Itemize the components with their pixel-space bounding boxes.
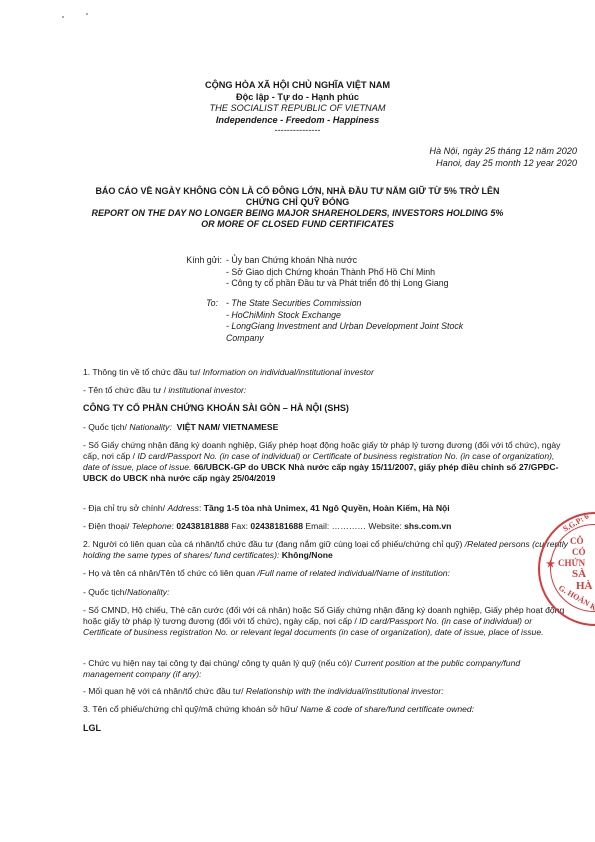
nation-vi: CỘNG HÒA XÃ HỘI CHỦ NGHĨA VIỆT NAM: [0, 80, 595, 92]
seal-line: CÓ: [572, 547, 586, 557]
recipient-item: - Ủy ban Chứng khoán Nhà nước: [226, 255, 449, 267]
scan-speck: [62, 16, 64, 18]
recipients-list-vi: - Ủy ban Chứng khoán Nhà nước - Sở Giao …: [226, 255, 449, 290]
recipient-item: - Công ty cổ phần Đầu tư và Phát triển đ…: [226, 278, 449, 290]
header-divider: ---------------: [0, 126, 595, 134]
related-fullname: - Họ và tên cá nhân/Tên tổ chức có liên …: [83, 568, 568, 579]
title-vi-line2: CHỨNG CHỈ QUỸ ĐÓNG: [20, 197, 575, 208]
seal-line: CÔ: [570, 536, 584, 546]
recipients-list-en: - The State Securities Commission - HoCh…: [226, 298, 463, 344]
seal-line: HÀ: [576, 581, 593, 591]
motto-vi: Độc lập - Tự do - Hạnh phúc: [0, 92, 595, 104]
scan-speck: [86, 13, 88, 15]
investor-name: CÔNG TY CỔ PHẦN CHỨNG KHOÁN SÀI GÒN – HÀ…: [83, 403, 568, 414]
investor-address: - Địa chỉ trụ sở chính/ Address: Tầng 1-…: [83, 503, 568, 514]
recipient-item: - Sở Giao dịch Chứng khoán Thành Phố Hồ …: [226, 267, 449, 279]
investor-nationality: - Quốc tịch/ Nationality: VIỆT NAM/ VIET…: [83, 422, 568, 433]
document-page: CỘNG HÒA XÃ HỘI CHỦ NGHĨA VIỆT NAM Độc l…: [0, 0, 595, 842]
recipient-item: - The State Securities Commission: [226, 298, 463, 310]
date-vi: Hà Nội, ngày 25 tháng 12 năm 2020: [429, 146, 577, 158]
seal-line: CHỨN: [558, 558, 585, 568]
document-date: Hà Nội, ngày 25 tháng 12 năm 2020 Hanoi,…: [429, 146, 577, 169]
section1-heading: 1. Thông tin về tổ chức đầu tư/ Informat…: [83, 367, 568, 378]
related-relationship: - Mối quan hệ với cá nhân/tổ chức đầu tư…: [83, 686, 568, 697]
national-header: CỘNG HÒA XÃ HỘI CHỦ NGHĨA VIỆT NAM Độc l…: [0, 80, 595, 134]
investor-license: - Số Giấy chứng nhận đăng ký doanh nghiệ…: [83, 440, 568, 484]
related-position: - Chức vụ hiện nay tại công ty đại chúng…: [83, 658, 568, 680]
date-en: Hanoi, day 25 month 12 year 2020: [429, 158, 577, 170]
title-vi-line1: BÁO CÁO VỀ NGÀY KHÔNG CÒN LÀ CỔ ĐÔNG LỚN…: [20, 186, 575, 197]
recipients-label-en: To:: [160, 298, 218, 310]
recipient-item: - HoChiMinh Stock Exchange: [226, 310, 463, 322]
seal-star-icon: ★: [546, 560, 555, 570]
security-code: LGL: [83, 723, 568, 734]
section2-heading: 2. Người có liên quan của cá nhân/tổ chứ…: [83, 539, 568, 561]
investor-label: - Tên tổ chức đầu tư / institutional inv…: [83, 385, 568, 396]
title-en-line1: REPORT ON THE DAY NO LONGER BEING MAJOR …: [20, 208, 575, 219]
section3-heading: 3. Tên cổ phiếu/chứng chỉ quỹ/mã chứng k…: [83, 704, 568, 715]
related-nationality: - Quốc tịch/Nationality:: [83, 587, 568, 598]
related-id: - Số CMND, Hộ chiếu, Thẻ căn cước (đối v…: [83, 605, 568, 638]
investor-contact: - Điện thoại/ Telephone: 02438181888 Fax…: [83, 521, 568, 532]
report-title: BÁO CÁO VỀ NGÀY KHÔNG CÒN LÀ CỔ ĐÔNG LỚN…: [20, 186, 575, 230]
recipients-label-vi: Kính gửi:: [160, 255, 222, 267]
recipient-item: Company: [226, 333, 463, 345]
nation-en: THE SOCIALIST REPUBLIC OF VIETNAM: [0, 103, 595, 115]
title-en-line2: OR MORE OF CLOSED FUND CERTIFICATES: [20, 219, 575, 230]
seal-line: SÀ: [572, 569, 586, 579]
recipient-item: - LongGiang Investment and Urban Develop…: [226, 321, 463, 333]
